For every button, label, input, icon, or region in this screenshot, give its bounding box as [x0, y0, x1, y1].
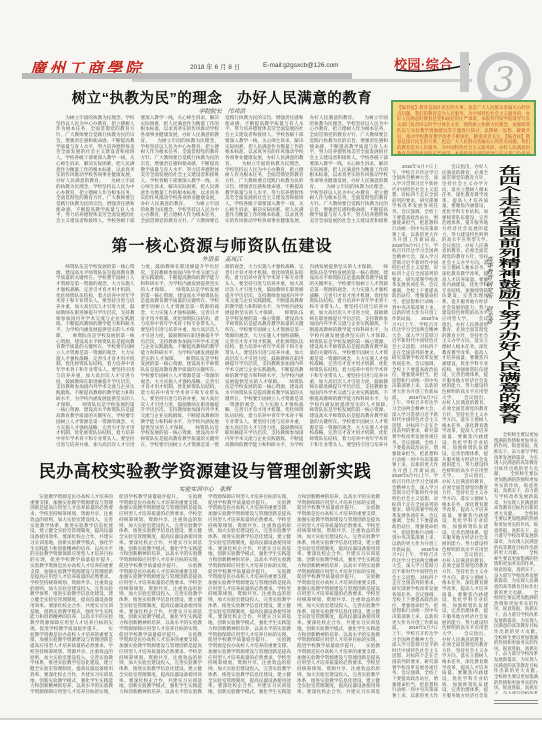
- article4-vertical-headline: 在四个走在全国前列精神鼓励下努力办好人民满意的教育: [497, 165, 521, 424]
- article4-column-middle: 会议指出，办好人民满意的教育，必须全面贯彻党的教育方针，坚持社会主义办学方向，落…: [442, 164, 488, 698]
- article4-byline: 高等教育研究所 赵美香: [484, 256, 493, 352]
- article3-body: 实验教学资源是民办高校人才培养的重要支撑，加强实验教学资源建设与管理创新是提高应…: [30, 494, 380, 700]
- contact-email: E-mail:gzgsxcb@126.com: [263, 62, 339, 69]
- newspaper-page: 廣州工商學院 2018 年 6 月 8 日 E-mail:gzgsxcb@126…: [0, 0, 542, 720]
- article2-byline: 外语系 高凤江: [56, 254, 388, 263]
- page-number: 3: [493, 60, 515, 100]
- article4-vertical-headline-wrap: 在四个走在全国前列精神鼓励下努力办好人民满意的教育: [497, 165, 525, 433]
- article4-column-left: 2018年5月7日上午，学校召开传达学习全国两会精神大会，深入学习贯彻习近平新时…: [392, 164, 438, 698]
- article-end-rule: [494, 700, 538, 704]
- header-rule-thin: [132, 79, 472, 82]
- article1-byline: 学院院长 邝邦洪: [56, 106, 388, 115]
- article4-column-right: 全校师生要以更加饱满的热情和更加务实的作风，锐意进取，真抓实干，奋力谱写学校改革…: [494, 432, 538, 694]
- article2-headline: 第一核心资源与师资队伍建设: [56, 233, 388, 256]
- article1-headline: 树立“执教为民”的理念 办好人民满意的教育: [56, 87, 388, 108]
- article3-byline: 实验实训中心 张辉: [30, 484, 380, 493]
- issue-date: 2018 年 6 月 8 日: [190, 62, 240, 71]
- editor-note-box: 【编者按】教育是国计民生的大事，也是广大人民群众普遍关心的热点问题。我们的教育是…: [391, 100, 536, 156]
- article1-body: 为树立牢固的执教为民理念，学校坚持以人民为中心办教育，把立德树人作为根本任务，全…: [56, 115, 388, 227]
- article3-headline: 民办高校实验教学资源建设与管理创新实践: [30, 457, 380, 482]
- article2-body: 师资队伍是学校发展的第一核心资源，建设高水平师资队伍是提高教育教学质量的关键所在…: [56, 264, 388, 452]
